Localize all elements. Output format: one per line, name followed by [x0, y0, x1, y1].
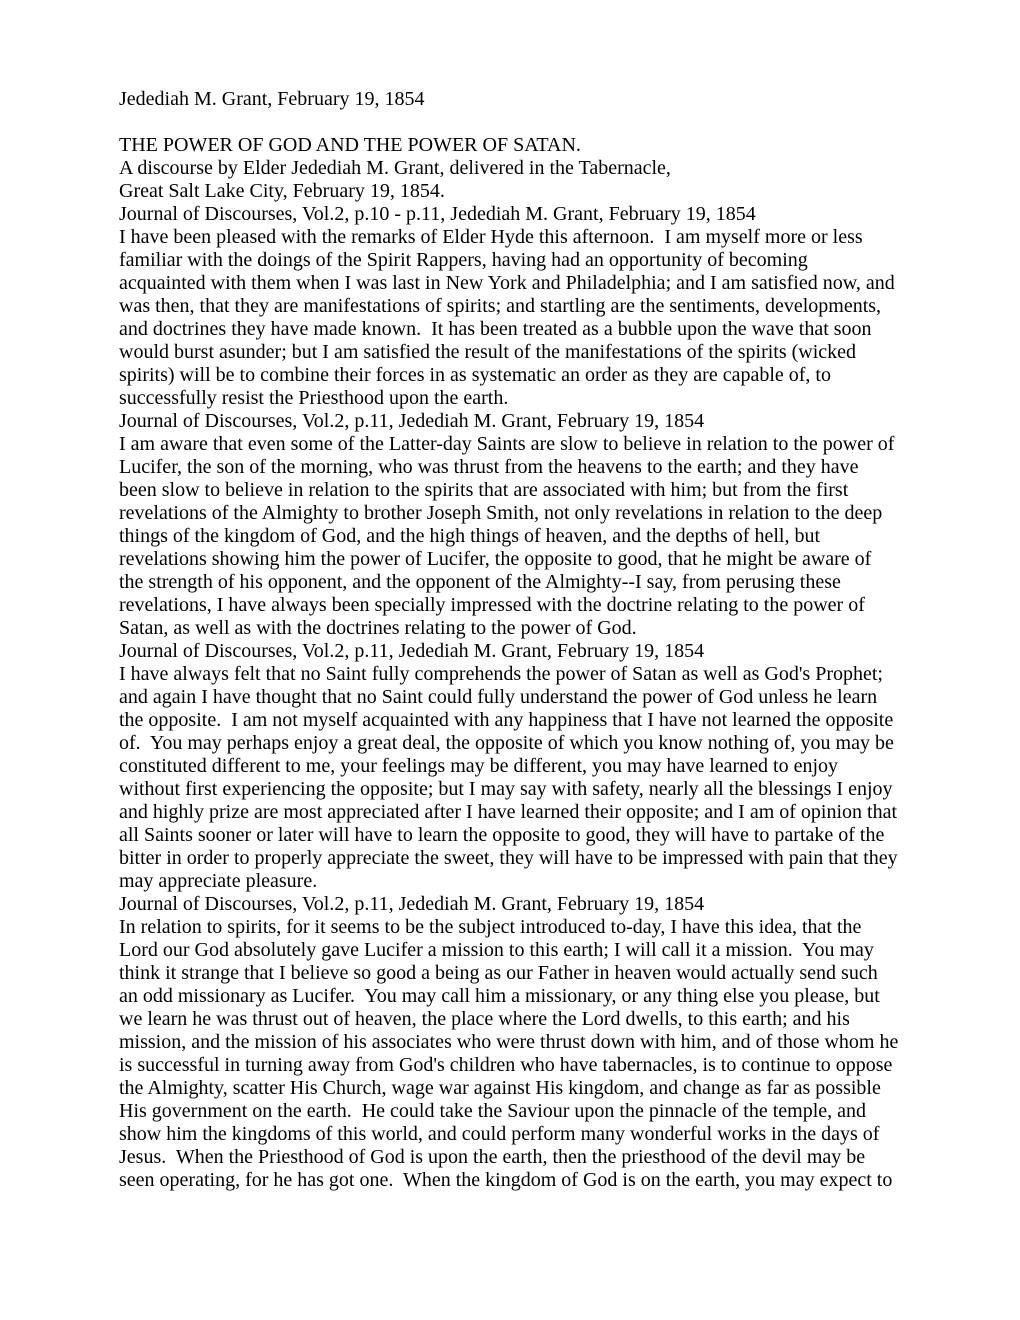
- document-line: show him the kingdoms of this world, and…: [119, 1123, 898, 1146]
- document-line: revelations, I have always been speciall…: [119, 594, 898, 617]
- document-line: all Saints sooner or later will have to …: [119, 824, 898, 847]
- document-line: familiar with the doings of the Spirit R…: [119, 249, 898, 272]
- document-line: acquainted with them when I was last in …: [119, 272, 898, 295]
- document-line: THE POWER OF GOD AND THE POWER OF SATAN.: [119, 134, 898, 157]
- document-line: constituted different to me, your feelin…: [119, 755, 898, 778]
- document-line: Journal of Discourses, Vol.2, p.11, Jede…: [119, 640, 898, 663]
- document-line: been slow to believe in relation to the …: [119, 479, 898, 502]
- document-line: without first experiencing the opposite;…: [119, 778, 898, 801]
- document-line: mission, and the mission of his associat…: [119, 1031, 898, 1054]
- document-line: bitter in order to properly appreciate t…: [119, 847, 898, 870]
- document-line: I am aware that even some of the Latter-…: [119, 433, 898, 456]
- document-line: the strength of his opponent, and the op…: [119, 571, 898, 594]
- document-line: I have been pleased with the remarks of …: [119, 226, 898, 249]
- document-line: and doctrines they have made known. It h…: [119, 318, 898, 341]
- document-line: and again I have thought that no Saint c…: [119, 686, 898, 709]
- document-line: spirits) will be to combine their forces…: [119, 364, 898, 387]
- document-line: His government on the earth. He could ta…: [119, 1100, 898, 1123]
- document-line: of. You may perhaps enjoy a great deal, …: [119, 732, 898, 755]
- document-line: successfully resist the Priesthood upon …: [119, 387, 898, 410]
- document-line: would burst asunder; but I am satisfied …: [119, 341, 898, 364]
- document-line: Journal of Discourses, Vol.2, p.11, Jede…: [119, 410, 898, 433]
- document-line: an odd missionary as Lucifer. You may ca…: [119, 985, 898, 1008]
- document-line: [119, 111, 898, 134]
- document-line: we learn he was thrust out of heaven, th…: [119, 1008, 898, 1031]
- document-line: the opposite. I am not myself acquainted…: [119, 709, 898, 732]
- document-line: seen operating, for he has got one. When…: [119, 1169, 898, 1192]
- document-page: Jedediah M. Grant, February 19, 1854THE …: [0, 0, 1020, 1320]
- document-line: revelations showing him the power of Luc…: [119, 548, 898, 571]
- document-line: is successful in turning away from God's…: [119, 1054, 898, 1077]
- document-line: things of the kingdom of God, and the hi…: [119, 525, 898, 548]
- document-line: revelations of the Almighty to brother J…: [119, 502, 898, 525]
- document-line: think it strange that I believe so good …: [119, 962, 898, 985]
- document-line: I have always felt that no Saint fully c…: [119, 663, 898, 686]
- document-line: Lord our God absolutely gave Lucifer a m…: [119, 939, 898, 962]
- document-text: Jedediah M. Grant, February 19, 1854THE …: [119, 88, 898, 1192]
- document-line: Jesus. When the Priesthood of God is upo…: [119, 1146, 898, 1169]
- document-line: Lucifer, the son of the morning, who was…: [119, 456, 898, 479]
- document-line: was then, that they are manifestations o…: [119, 295, 898, 318]
- document-line: may appreciate pleasure.: [119, 870, 898, 893]
- document-line: Great Salt Lake City, February 19, 1854.: [119, 180, 898, 203]
- document-line: and highly prize are most appreciated af…: [119, 801, 898, 824]
- document-line: Satan, as well as with the doctrines rel…: [119, 617, 898, 640]
- document-line: A discourse by Elder Jedediah M. Grant, …: [119, 157, 898, 180]
- document-line: In relation to spirits, for it seems to …: [119, 916, 898, 939]
- document-line: Journal of Discourses, Vol.2, p.10 - p.1…: [119, 203, 898, 226]
- document-line: Jedediah M. Grant, February 19, 1854: [119, 88, 898, 111]
- document-line: Journal of Discourses, Vol.2, p.11, Jede…: [119, 893, 898, 916]
- document-line: the Almighty, scatter His Church, wage w…: [119, 1077, 898, 1100]
